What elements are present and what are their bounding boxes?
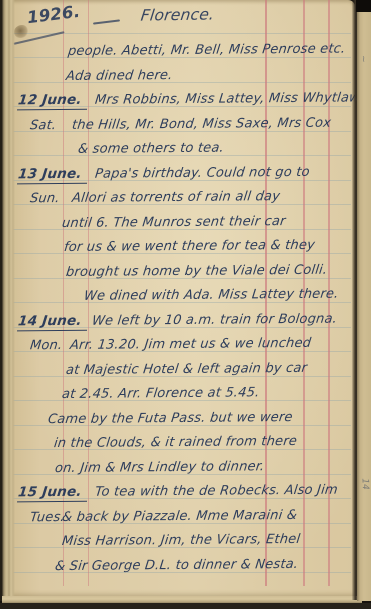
next-page-edge: ~ 14 [357, 9, 371, 601]
entry-text: Ada dined here. [65, 68, 173, 84]
manuscript-line: & some others to tea. [0, 136, 355, 163]
entry-text: We dined with Ada. Miss Lattey there. [83, 287, 339, 304]
bleed-through-mark: 14 [360, 478, 370, 490]
manuscript-line: at 2.45. Arr. Florence at 5.45. [0, 381, 355, 408]
manuscript-line: 13 June.Papa's birthday. Could not go to [0, 161, 355, 188]
entry-date: 13 June. [17, 165, 89, 184]
manuscript-line: on. Jim & Mrs Lindley to dinner. [0, 455, 355, 482]
manuscript-line: 15 June.To tea with the de Robecks. Also… [0, 479, 355, 506]
entry-day-label: Sat. [29, 118, 57, 133]
entry-date: 15 June. [17, 484, 89, 503]
entry-text: at Majestic Hotel & left again by car [65, 360, 308, 377]
manuscript-line: in the Clouds, & it rained from there [0, 430, 355, 457]
manuscript-line: 12 June.Mrs Robbins, Miss Lattey, Miss W… [0, 87, 355, 114]
manuscript-line: We dined with Ada. Miss Lattey there. [0, 283, 355, 310]
entry-text: Allori as torrents of rain all day [71, 189, 281, 206]
manuscript-line: Miss Harrison. Jim, the Vicars, Ethel [0, 528, 355, 555]
binding-edge [0, 0, 15, 601]
entry-text: in the Clouds, & it rained from there [53, 434, 298, 451]
diary-entries: people. Abetti, Mr. Bell, Miss Penrose e… [0, 0, 355, 597]
manuscript-line: Mon.Arr. 13.20. Jim met us & we lunched [0, 332, 355, 359]
photo-bottom-shadow [0, 603, 371, 609]
manuscript-line: Tues.& back by Piazzale. Mme Maraini & [0, 504, 355, 531]
entry-text: & back by Piazzale. Mme Maraini & [61, 507, 298, 524]
entry-text: & some others to tea. [77, 141, 225, 157]
entry-text: the Hills, Mr. Bond, Miss Saxe, Mrs Cox [71, 115, 332, 132]
manuscript-line: & Sir George D.L. to dinner & Nesta. [0, 553, 355, 580]
entry-date: 12 June. [17, 92, 89, 111]
manuscript-line: 14 June.We left by 10 a.m. train for Bol… [0, 308, 355, 335]
entry-text: for us & we went there for tea & they [63, 238, 316, 255]
diary-photo: 1926. Florence. people. Abetti, Mr. Bell… [0, 0, 371, 609]
entry-text: Papa's birthday. Could not go to [94, 164, 310, 181]
entry-text: We left by 10 a.m. train for Bologna. [91, 311, 338, 328]
page-surface: 1926. Florence. people. Abetti, Mr. Bell… [0, 0, 355, 597]
entry-text: people. Abetti, Mr. Bell, Miss Penrose e… [67, 42, 346, 59]
bleed-through-mark: ~ [358, 55, 368, 63]
manuscript-line: Ada dined here. [0, 63, 355, 90]
manuscript-line: until 6. The Munros sent their car [0, 210, 355, 237]
entry-text: Miss Harrison. Jim, the Vicars, Ethel [61, 532, 301, 549]
entry-day-label: Tues. [29, 509, 65, 524]
manuscript-line: for us & we went there for tea & they [0, 234, 355, 261]
manuscript-line: brought us home by the Viale dei Colli. [0, 259, 355, 286]
entry-text: & Sir George D.L. to dinner & Nesta. [54, 556, 299, 573]
entry-day-label: Mon. [29, 338, 63, 353]
photo-corner [356, 0, 371, 12]
entry-text: until 6. The Munros sent their car [61, 214, 286, 231]
entry-text: brought us home by the Viale dei Colli. [65, 262, 328, 279]
manuscript-line: at Majestic Hotel & left again by car [0, 357, 355, 384]
entry-text: To tea with the de Robecks. Also Jim [94, 483, 339, 500]
entry-text: at 2.45. Arr. Florence at 5.45. [61, 385, 260, 402]
entry-text: Arr. 13.20. Jim met us & we lunched [69, 336, 312, 353]
entry-text: on. Jim & Mrs Lindley to dinner. [54, 459, 265, 476]
manuscript-line: Came by the Futa Pass. but we were [0, 406, 355, 433]
entry-text: Mrs Robbins, Miss Lattey, Miss Whytlaw [94, 90, 361, 107]
entry-date: 14 June. [17, 312, 89, 331]
entry-text: Came by the Futa Pass. but we were [47, 409, 293, 426]
entry-day-label: Sun. [29, 191, 60, 206]
manuscript-line: Sat.the Hills, Mr. Bond, Miss Saxe, Mrs … [0, 112, 355, 139]
manuscript-line: people. Abetti, Mr. Bell, Miss Penrose e… [0, 38, 355, 65]
manuscript-line: Sun.Allori as torrents of rain all day [0, 185, 355, 212]
